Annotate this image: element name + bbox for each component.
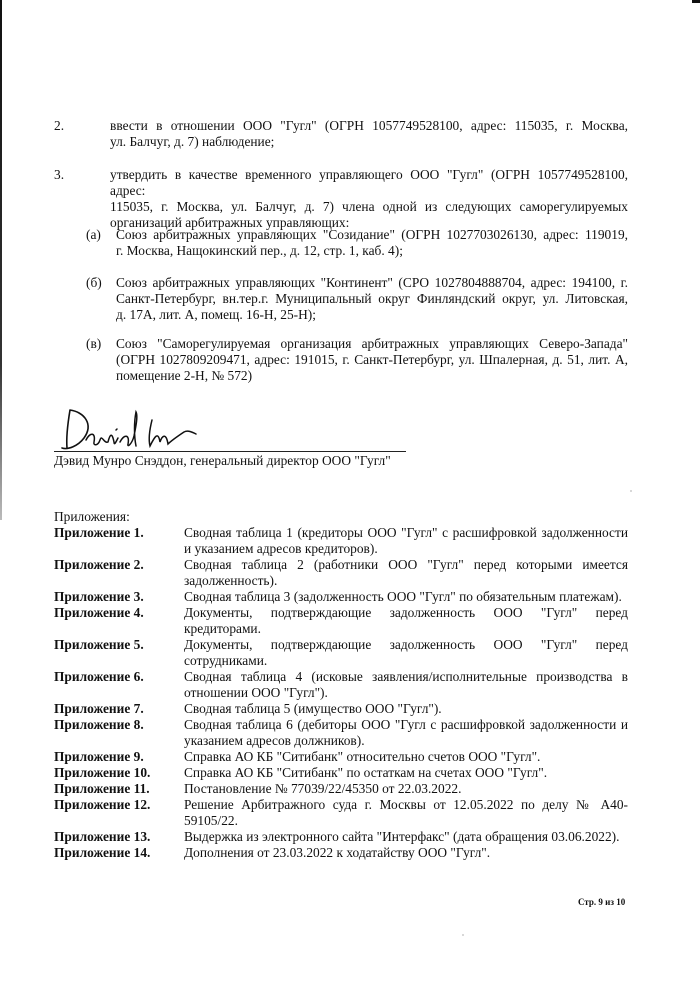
- appendix-description: Дополнения от 23.03.2022 к ходатайству О…: [184, 845, 628, 861]
- appendix-description: Решение Арбитражного суда г. Москвы от 1…: [184, 797, 628, 829]
- appendix-description: Сводная таблица 6 (дебиторы ООО "Гугл с …: [184, 717, 628, 749]
- appendix-description: Сводная таблица 5 (имущество ООО "Гугл")…: [184, 701, 628, 717]
- appendix-line: Постановление № 77039/22/45350 от 22.03.…: [184, 781, 628, 797]
- appendix-label: Приложение 8.: [54, 717, 184, 733]
- appendix-description: Сводная таблица 4 (исковые заявления/исп…: [184, 669, 628, 701]
- appendix-row: Приложение 4.Документы, подтверждающие з…: [54, 605, 628, 637]
- handwritten-signature: [54, 402, 204, 454]
- appendix-row: Приложение 5.Документы, подтверждающие з…: [54, 637, 628, 669]
- appendix-label: Приложение 12.: [54, 797, 184, 813]
- appendix-description: Постановление № 77039/22/45350 от 22.03.…: [184, 781, 628, 797]
- appendix-row: Приложение 3.Сводная таблица 3 (задолжен…: [54, 589, 628, 605]
- sub-line: Союз арбитражных управляющих "Созидание"…: [116, 227, 628, 243]
- appendix-description: Сводная таблица 2 (работники ООО "Гугл" …: [184, 557, 628, 589]
- page-number: Стр. 9 из 10: [578, 894, 625, 910]
- appendix-line: Сводная таблица 2 (работники ООО "Гугл" …: [184, 557, 628, 573]
- item-text: утвердить в качестве временного управляю…: [110, 167, 628, 231]
- appendix-description: Документы, подтверждающие задолженность …: [184, 605, 628, 637]
- sub-marker: (в): [86, 336, 116, 352]
- sub-marker: (б): [86, 275, 116, 291]
- item-line: утвердить в качестве временного управляю…: [110, 167, 628, 199]
- appendix-line: Сводная таблица 5 (имущество ООО "Гугл")…: [184, 701, 628, 717]
- appendix-line: Сводная таблица 4 (исковые заявления/исп…: [184, 669, 628, 685]
- sub-text: Союз арбитражных управляющих "Континент"…: [116, 275, 628, 323]
- appendix-label: Приложение 4.: [54, 605, 184, 621]
- appendix-line: задолженность).: [184, 573, 628, 589]
- appendix-line: и указанием адресов кредиторов).: [184, 541, 628, 557]
- appendix-label: Приложение 1.: [54, 525, 184, 541]
- appendix-description: Выдержка из электронного сайта "Интерфак…: [184, 829, 628, 845]
- appendix-description: Сводная таблица 3 (задолженность ООО "Гу…: [184, 589, 628, 605]
- appendix-label: Приложение 3.: [54, 589, 184, 605]
- item-number: 2.: [54, 118, 84, 134]
- scan-speck: [462, 934, 464, 936]
- appendix-label: Приложение 5.: [54, 637, 184, 653]
- sro-option-a: (а) Союз арбитражных управляющих "Созида…: [86, 227, 628, 259]
- sub-line: Союз "Саморегулируемая организация арбит…: [116, 336, 628, 352]
- appendix-row: Приложение 1.Сводная таблица 1 (кредитор…: [54, 525, 628, 557]
- appendix-description: Справка АО КБ "Ситибанк" относительно сч…: [184, 749, 628, 765]
- appendix-row: Приложение 8.Сводная таблица 6 (дебиторы…: [54, 717, 628, 749]
- scan-speck: [630, 490, 632, 492]
- appendix-row: Приложение 7.Сводная таблица 5 (имуществ…: [54, 701, 628, 717]
- appendix-label: Приложение 10.: [54, 765, 184, 781]
- appendix-line: Справка АО КБ "Ситибанк" относительно сч…: [184, 749, 628, 765]
- appendix-description: Справка АО КБ "Ситибанк" по остаткам на …: [184, 765, 628, 781]
- appendix-row: Приложение 6.Сводная таблица 4 (исковые …: [54, 669, 628, 701]
- signer-name: Дэвид Мунро Снэддон, генеральный директо…: [54, 453, 391, 469]
- resolution-item-2: 2. ввести в отношении ООО "Гугл" (ОГРН 1…: [54, 118, 628, 150]
- appendix-line: 59105/22.: [184, 813, 628, 829]
- item-text: ввести в отношении ООО "Гугл" (ОГРН 1057…: [110, 118, 628, 150]
- sub-line: Союз арбитражных управляющих "Континент"…: [116, 275, 628, 291]
- resolution-item-3: 3. утвердить в качестве временного управ…: [54, 167, 628, 231]
- item-line: 115035, г. Москва, ул. Балчуг, д. 7) чле…: [110, 199, 628, 215]
- appendix-label: Приложение 2.: [54, 557, 184, 573]
- appendix-line: кредиторами.: [184, 621, 628, 637]
- appendix-line: Сводная таблица 3 (задолженность ООО "Гу…: [184, 589, 628, 605]
- appendix-label: Приложение 7.: [54, 701, 184, 717]
- appendix-row: Приложение 14.Дополнения от 23.03.2022 к…: [54, 845, 628, 861]
- appendix-label: Приложение 13.: [54, 829, 184, 845]
- sub-text: Союз арбитражных управляющих "Созидание"…: [116, 227, 628, 259]
- sub-marker: (а): [86, 227, 116, 243]
- appendix-line: Документы, подтверждающие задолженность …: [184, 605, 628, 621]
- appendix-line: Справка АО КБ "Ситибанк" по остаткам на …: [184, 765, 628, 781]
- sub-line: помещение 2-Н, № 572): [116, 368, 628, 384]
- appendix-label: Приложение 6.: [54, 669, 184, 685]
- sub-line: Санкт-Петербург, вн.тер.г. Муниципальный…: [116, 291, 628, 307]
- appendix-line: Дополнения от 23.03.2022 к ходатайству О…: [184, 845, 628, 861]
- appendix-line: Решение Арбитражного суда г. Москвы от 1…: [184, 797, 628, 813]
- item-line: ул. Балчуг, д. 7) наблюдение;: [110, 134, 628, 150]
- appendix-line: сотрудниками.: [184, 653, 628, 669]
- appendix-label: Приложение 14.: [54, 845, 184, 861]
- scan-edge-artifact: [0, 0, 2, 520]
- sub-line: г. Москва, Нащокинский пер., д. 12, стр.…: [116, 243, 628, 259]
- appendix-line: Сводная таблица 6 (дебиторы ООО "Гугл с …: [184, 717, 628, 733]
- appendix-label: Приложение 9.: [54, 749, 184, 765]
- appendix-label: Приложение 11.: [54, 781, 184, 797]
- appendix-description: Документы, подтверждающие задолженность …: [184, 637, 628, 669]
- sro-option-c: (в) Союз "Саморегулируемая организация а…: [86, 336, 628, 384]
- appendix-row: Приложение 13.Выдержка из электронного с…: [54, 829, 628, 845]
- appendix-line: отношении ООО "Гугл").: [184, 685, 628, 701]
- appendices-heading: Приложения:: [54, 509, 130, 525]
- document-page: 2. ввести в отношении ООО "Гугл" (ОГРН 1…: [0, 0, 700, 990]
- sub-text: Союз "Саморегулируемая организация арбит…: [116, 336, 628, 384]
- appendices-list: Приложение 1.Сводная таблица 1 (кредитор…: [54, 525, 628, 861]
- appendix-line: Выдержка из электронного сайта "Интерфак…: [184, 829, 628, 845]
- appendix-row: Приложение 11.Постановление № 77039/22/4…: [54, 781, 628, 797]
- appendix-row: Приложение 12.Решение Арбитражного суда …: [54, 797, 628, 829]
- appendix-description: Сводная таблица 1 (кредиторы ООО "Гугл" …: [184, 525, 628, 557]
- sro-option-b: (б) Союз арбитражных управляющих "Контин…: [86, 275, 628, 323]
- appendix-row: Приложение 9.Справка АО КБ "Ситибанк" от…: [54, 749, 628, 765]
- item-number: 3.: [54, 167, 84, 183]
- item-line: ввести в отношении ООО "Гугл" (ОГРН 1057…: [110, 118, 628, 134]
- sub-line: (ОГРН 1027809209471, адрес: 191015, г. С…: [116, 352, 628, 368]
- appendix-row: Приложение 10.Справка АО КБ "Ситибанк" п…: [54, 765, 628, 781]
- appendix-line: указанием адресов должников).: [184, 733, 628, 749]
- appendix-line: Документы, подтверждающие задолженность …: [184, 637, 628, 653]
- sub-line: д. 17А, лит. А, помещ. 16-Н, 25-Н);: [116, 307, 628, 323]
- appendix-line: Сводная таблица 1 (кредиторы ООО "Гугл" …: [184, 525, 628, 541]
- scan-corner-artifact: [692, 0, 700, 3]
- appendix-row: Приложение 2.Сводная таблица 2 (работник…: [54, 557, 628, 589]
- signature-line: [54, 451, 406, 452]
